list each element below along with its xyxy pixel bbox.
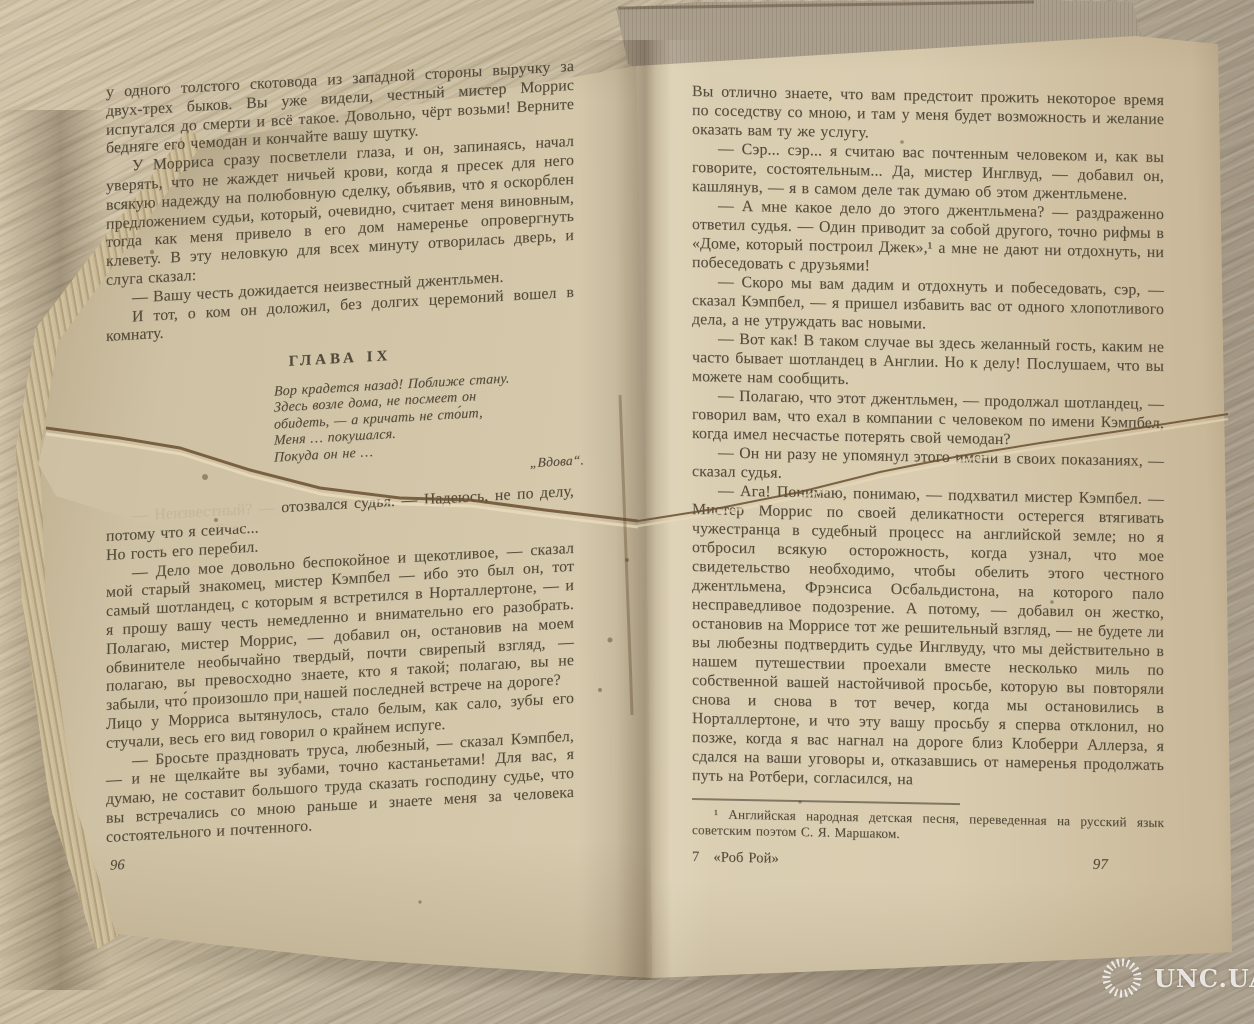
paragraph: — Ага! Понимаю, понимаю, — подхватил мис… — [692, 481, 1164, 794]
paragraph: У Морриса сразу посветлели глаза, и он, … — [106, 133, 574, 291]
paragraph: — Скоро мы вам дадим и отдохнуть и побес… — [692, 272, 1164, 338]
signature-number: 7 — [692, 849, 699, 865]
footnote-rule — [692, 798, 960, 805]
paragraph: — Сэр... сэр... я считаю вас почтенным ч… — [692, 139, 1164, 205]
watermark: UNC.UA — [1096, 952, 1254, 1004]
left-page-text-column: у одного толстого скотовода из западной … — [106, 58, 574, 876]
paragraph: — Полагаю, что этот джентльмен, — продол… — [692, 386, 1164, 452]
paragraph: — А мне какое дело до этого джентльмена?… — [692, 196, 1164, 281]
watermark-text: UNC.UA — [1154, 964, 1254, 993]
book-photo: у одного толстого скотовода из западной … — [0, 0, 1254, 1024]
footnote: ¹ Английская народная детская песня, пер… — [692, 806, 1164, 847]
chapter-epigraph: Вор крадется назад! Поближе стану. Здесь… — [274, 368, 579, 468]
sunburst-coin-icon — [1096, 952, 1148, 1004]
page-number-right: 97 — [1093, 856, 1164, 876]
printer-signature: 7«Роб Рой» — [692, 848, 779, 869]
book-title: «Роб Рой» — [713, 849, 779, 866]
paragraph: — Дело мое довольно беспокойное и щекотл… — [106, 539, 574, 716]
paragraph: — Вот как! В таком случае вы здесь желан… — [692, 329, 1164, 395]
paragraph: Вы отлично знаете, что вам предстоит про… — [692, 82, 1164, 148]
right-page-text-column: Вы отлично знаете, что вам предстоит про… — [692, 82, 1164, 876]
